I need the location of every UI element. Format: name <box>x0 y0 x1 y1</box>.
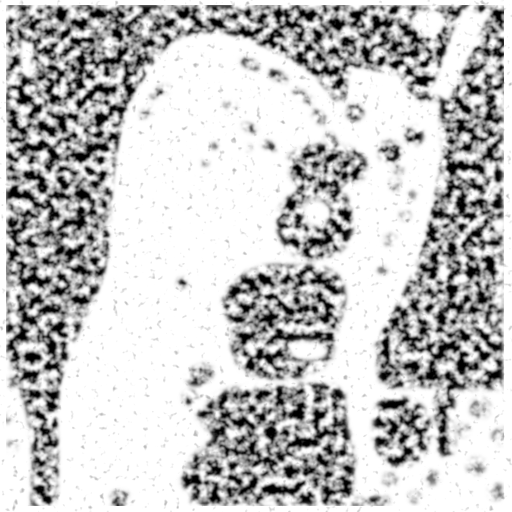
photo-canvas <box>0 0 512 512</box>
noisy-photo <box>0 0 512 512</box>
film-grain-overlay <box>0 0 512 512</box>
